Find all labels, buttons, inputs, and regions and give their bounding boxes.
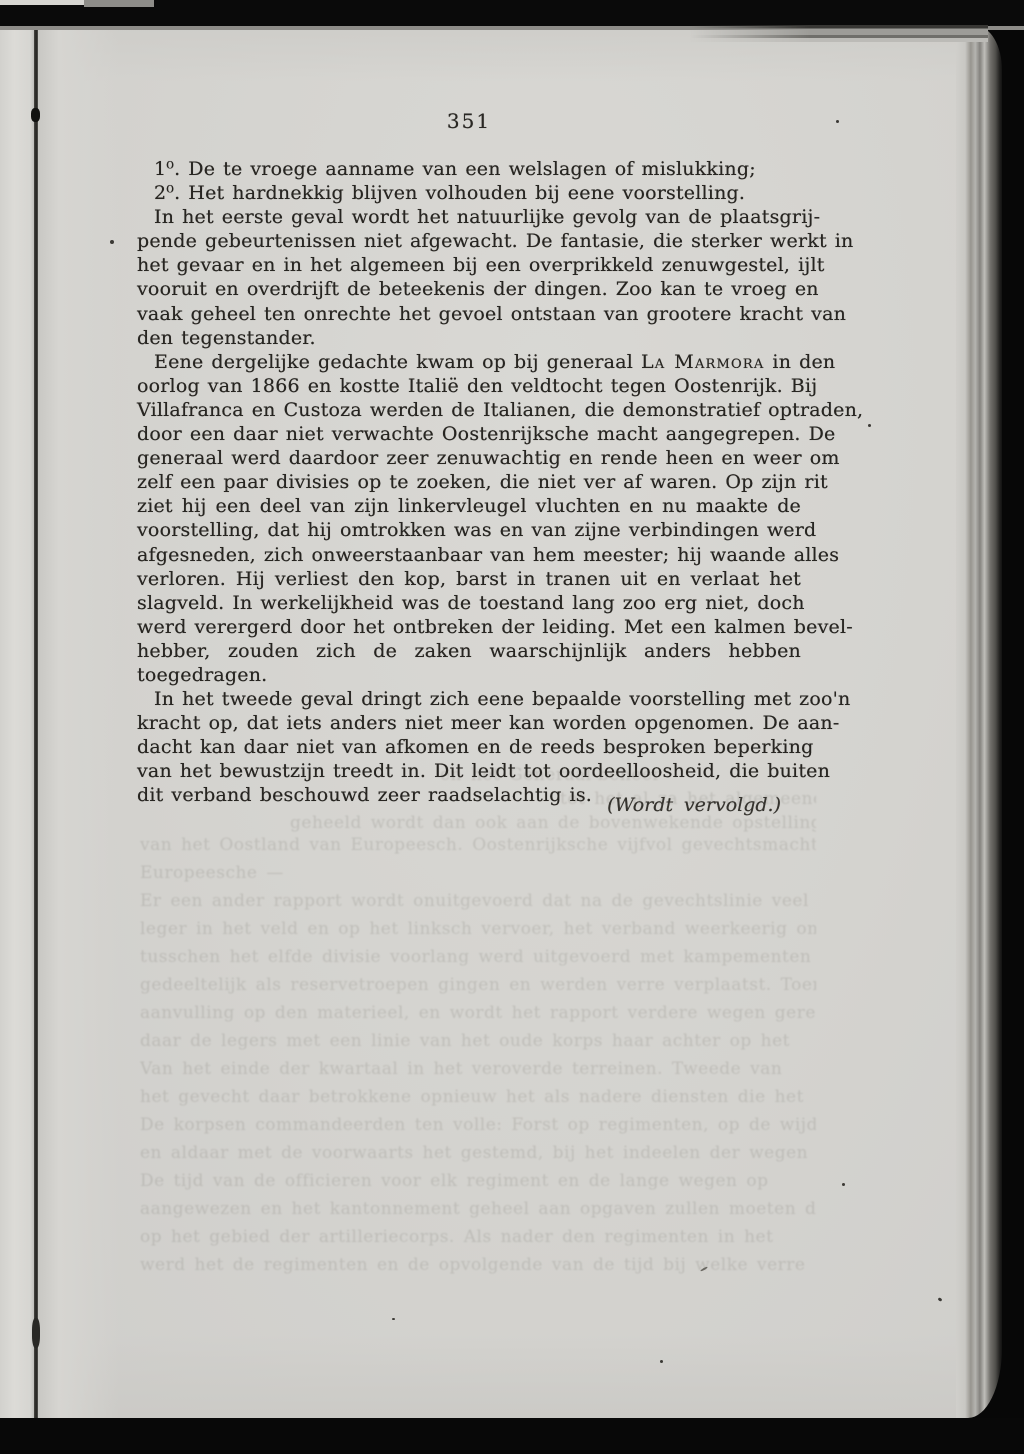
text-segment: afgesneden, zich onweerstaanbaar van hem… bbox=[137, 544, 839, 566]
gutter-blob bbox=[32, 1318, 40, 1348]
text-segment: 1⁰. De te vroege aanname van een welslag… bbox=[154, 158, 756, 180]
text-segment: van het bewustzijn treedt in. Dit leidt … bbox=[137, 760, 830, 782]
text-segment: verloren. Hij verliest den kop, barst in… bbox=[137, 568, 801, 590]
text-segment: Villafranca en Custoza werden de Italian… bbox=[137, 399, 863, 421]
text-line: 2⁰. Het hardnekkig blijven volhouden bij… bbox=[137, 181, 801, 205]
bleedthrough-line: Europeesche — bbox=[140, 859, 816, 887]
continuation-note: (Wordt vervolgd.) bbox=[137, 794, 801, 816]
text-line: afgesneden, zich onweerstaanbaar van hem… bbox=[137, 543, 801, 567]
bleedthrough-line: De tijd van de officieren voor elk regim… bbox=[140, 1167, 816, 1195]
ink-speck bbox=[110, 240, 114, 244]
bleedthrough-line: aangewezen en het kantonnement geheel aa… bbox=[140, 1195, 816, 1223]
text-line: door een daar niet verwachte Oostenrijks… bbox=[137, 422, 801, 446]
bleedthrough-line: gedeeltelijk als reservetroepen gingen e… bbox=[140, 971, 816, 999]
paragraph: In het eerste geval wordt het natuurlijk… bbox=[137, 205, 801, 350]
text-line: ziet hij een deel van zijn linkervleugel… bbox=[137, 494, 801, 518]
text-line: In het tweede geval dringt zich eene bep… bbox=[137, 687, 801, 711]
small-caps-name: La Marmora bbox=[641, 351, 765, 373]
text-line: verloren. Hij verliest den kop, barst in… bbox=[137, 567, 801, 591]
gutter-notch bbox=[31, 108, 40, 122]
scan-bottom-border bbox=[0, 1418, 1024, 1454]
text-line: dacht kan daar niet van afkomen en de re… bbox=[137, 735, 801, 759]
bleedthrough-line: en aldaar met de voorwaarts het gestemd,… bbox=[140, 1139, 816, 1167]
scan-top-gap bbox=[84, 0, 154, 7]
paragraph: Eene dergelijke gedachte kwam op bij gen… bbox=[137, 350, 801, 687]
underlying-page-edge bbox=[690, 25, 988, 42]
ink-speck bbox=[660, 1360, 663, 1363]
text-line: pende gebeurtenissen niet afgewacht. De … bbox=[137, 229, 801, 253]
bleedthrough-line: op het gebied der artilleriecorps. Als n… bbox=[140, 1223, 816, 1251]
bleedthrough-line: De korpsen commandeerden ten volle: Fors… bbox=[140, 1111, 816, 1139]
bleedthrough-line: tusschen het elfde divisie voorlang werd… bbox=[140, 943, 816, 971]
bleedthrough-line: aanvulling op den materieel, en wordt he… bbox=[140, 999, 816, 1027]
bleedthrough-line: het gevecht daar betrokkene opnieuw het … bbox=[140, 1083, 816, 1111]
paragraph: 2⁰. Het hardnekkig blijven volhouden bij… bbox=[137, 181, 801, 205]
text-line: vaak geheel ten onrechte het gevoel onts… bbox=[137, 302, 801, 326]
ink-speck bbox=[392, 1318, 395, 1320]
text-line: het gevaar en in het algemeen bij een ov… bbox=[137, 253, 801, 277]
text-segment: ziet hij een deel van zijn linkervleugel… bbox=[137, 495, 801, 517]
text-segment: In het eerste geval wordt het natuurlijk… bbox=[154, 206, 820, 228]
text-line: generaal werd daardoor zeer zenuwachtig … bbox=[137, 446, 801, 470]
text-line: oorlog van 1866 en kostte Italië den vel… bbox=[137, 374, 801, 398]
text-line: vooruit en overdrijft de beteekenis der … bbox=[137, 277, 801, 301]
scan-top-sliver bbox=[0, 0, 92, 5]
text-segment: het gevaar en in het algemeen bij een ov… bbox=[137, 254, 825, 276]
text-line: In het eerste geval wordt het natuurlijk… bbox=[137, 205, 801, 229]
text-segment: dacht kan daar niet van afkomen en de re… bbox=[137, 736, 813, 758]
bleedthrough-line: Van het einde der kwartaal in het verove… bbox=[140, 1055, 816, 1083]
bleedthrough-line: van het Oostland van Europeesch. Oostenr… bbox=[140, 831, 816, 859]
text-segment: slagveld. In werkelijkheid was de toesta… bbox=[137, 592, 805, 614]
gutter-fold-line bbox=[34, 26, 38, 1418]
bleedthrough-line: leger in het veld en op het linksch verv… bbox=[140, 915, 816, 943]
text-line: voorstelling, dat hij omtrokken was en v… bbox=[137, 518, 801, 542]
text-segment: Eene dergelijke gedachte kwam op bij gen… bbox=[154, 351, 641, 373]
text-line: werd verergerd door het ontbreken der le… bbox=[137, 615, 801, 639]
page-stack-edge bbox=[956, 26, 1002, 1418]
text-segment: door een daar niet verwachte Oostenrijks… bbox=[137, 423, 835, 445]
text-line: zelf een paar divisies op te zoeken, die… bbox=[137, 470, 801, 494]
page-number: 351 bbox=[137, 109, 801, 133]
text-segment: hebber, zouden zich de zaken waarschijnl… bbox=[137, 640, 801, 686]
adjacent-page-strip bbox=[0, 26, 36, 1418]
text-segment: zelf een paar divisies op te zoeken, die… bbox=[137, 471, 828, 493]
text-segment: voorstelling, dat hij omtrokken was en v… bbox=[137, 519, 816, 541]
text-line: hebber, zouden zich de zaken waarschijnl… bbox=[137, 639, 801, 687]
bleedthrough-text: van het Oostland van Europeesch. Oostenr… bbox=[140, 831, 816, 1279]
text-segment: den tegenstander. bbox=[137, 327, 316, 349]
bleedthrough-line: werd het de regimenten en de opvolgende … bbox=[140, 1251, 816, 1279]
bleedthrough-line: daar de legers met een linie van het oud… bbox=[140, 1027, 816, 1055]
paragraph: In het tweede geval dringt zich eene bep… bbox=[137, 687, 801, 807]
bleedthrough-line: Er een ander rapport wordt onuitgevoerd … bbox=[140, 887, 816, 915]
text-line: Eene dergelijke gedachte kwam op bij gen… bbox=[137, 350, 801, 374]
text-line: slagveld. In werkelijkheid was de toesta… bbox=[137, 591, 801, 615]
body-text: 1⁰. De te vroege aanname van een welslag… bbox=[137, 157, 801, 808]
text-segment: 2⁰. Het hardnekkig blijven volhouden bij… bbox=[154, 182, 745, 204]
text-segment: oorlog van 1866 en kostte Italië den vel… bbox=[137, 375, 817, 397]
text-segment: In het tweede geval dringt zich eene bep… bbox=[154, 688, 851, 710]
ink-speck bbox=[868, 424, 871, 427]
text-segment: in den bbox=[764, 351, 835, 373]
text-line: den tegenstander. bbox=[137, 326, 801, 350]
ink-speck bbox=[842, 1183, 845, 1186]
text-segment: vaak geheel ten onrechte het gevoel onts… bbox=[137, 303, 846, 325]
text-segment: vooruit en overdrijft de beteekenis der … bbox=[137, 278, 819, 300]
text-segment: werd verergerd door het ontbreken der le… bbox=[137, 616, 853, 638]
text-line: Villafranca en Custoza werden de Italian… bbox=[137, 398, 801, 422]
paragraph: 1⁰. De te vroege aanname van een welslag… bbox=[137, 157, 801, 181]
text-line: van het bewustzijn treedt in. Dit leidt … bbox=[137, 759, 801, 783]
text-line: 1⁰. De te vroege aanname van een welslag… bbox=[137, 157, 801, 181]
book-scan-page: en het Generaal-beheertot het al za het … bbox=[0, 0, 1024, 1454]
ink-speck bbox=[836, 120, 839, 123]
text-segment: kracht op, dat iets anders niet meer kan… bbox=[137, 712, 839, 734]
text-segment: pende gebeurtenissen niet afgewacht. De … bbox=[137, 230, 853, 252]
text-line: kracht op, dat iets anders niet meer kan… bbox=[137, 711, 801, 735]
text-segment: generaal werd daardoor zeer zenuwachtig … bbox=[137, 447, 840, 469]
